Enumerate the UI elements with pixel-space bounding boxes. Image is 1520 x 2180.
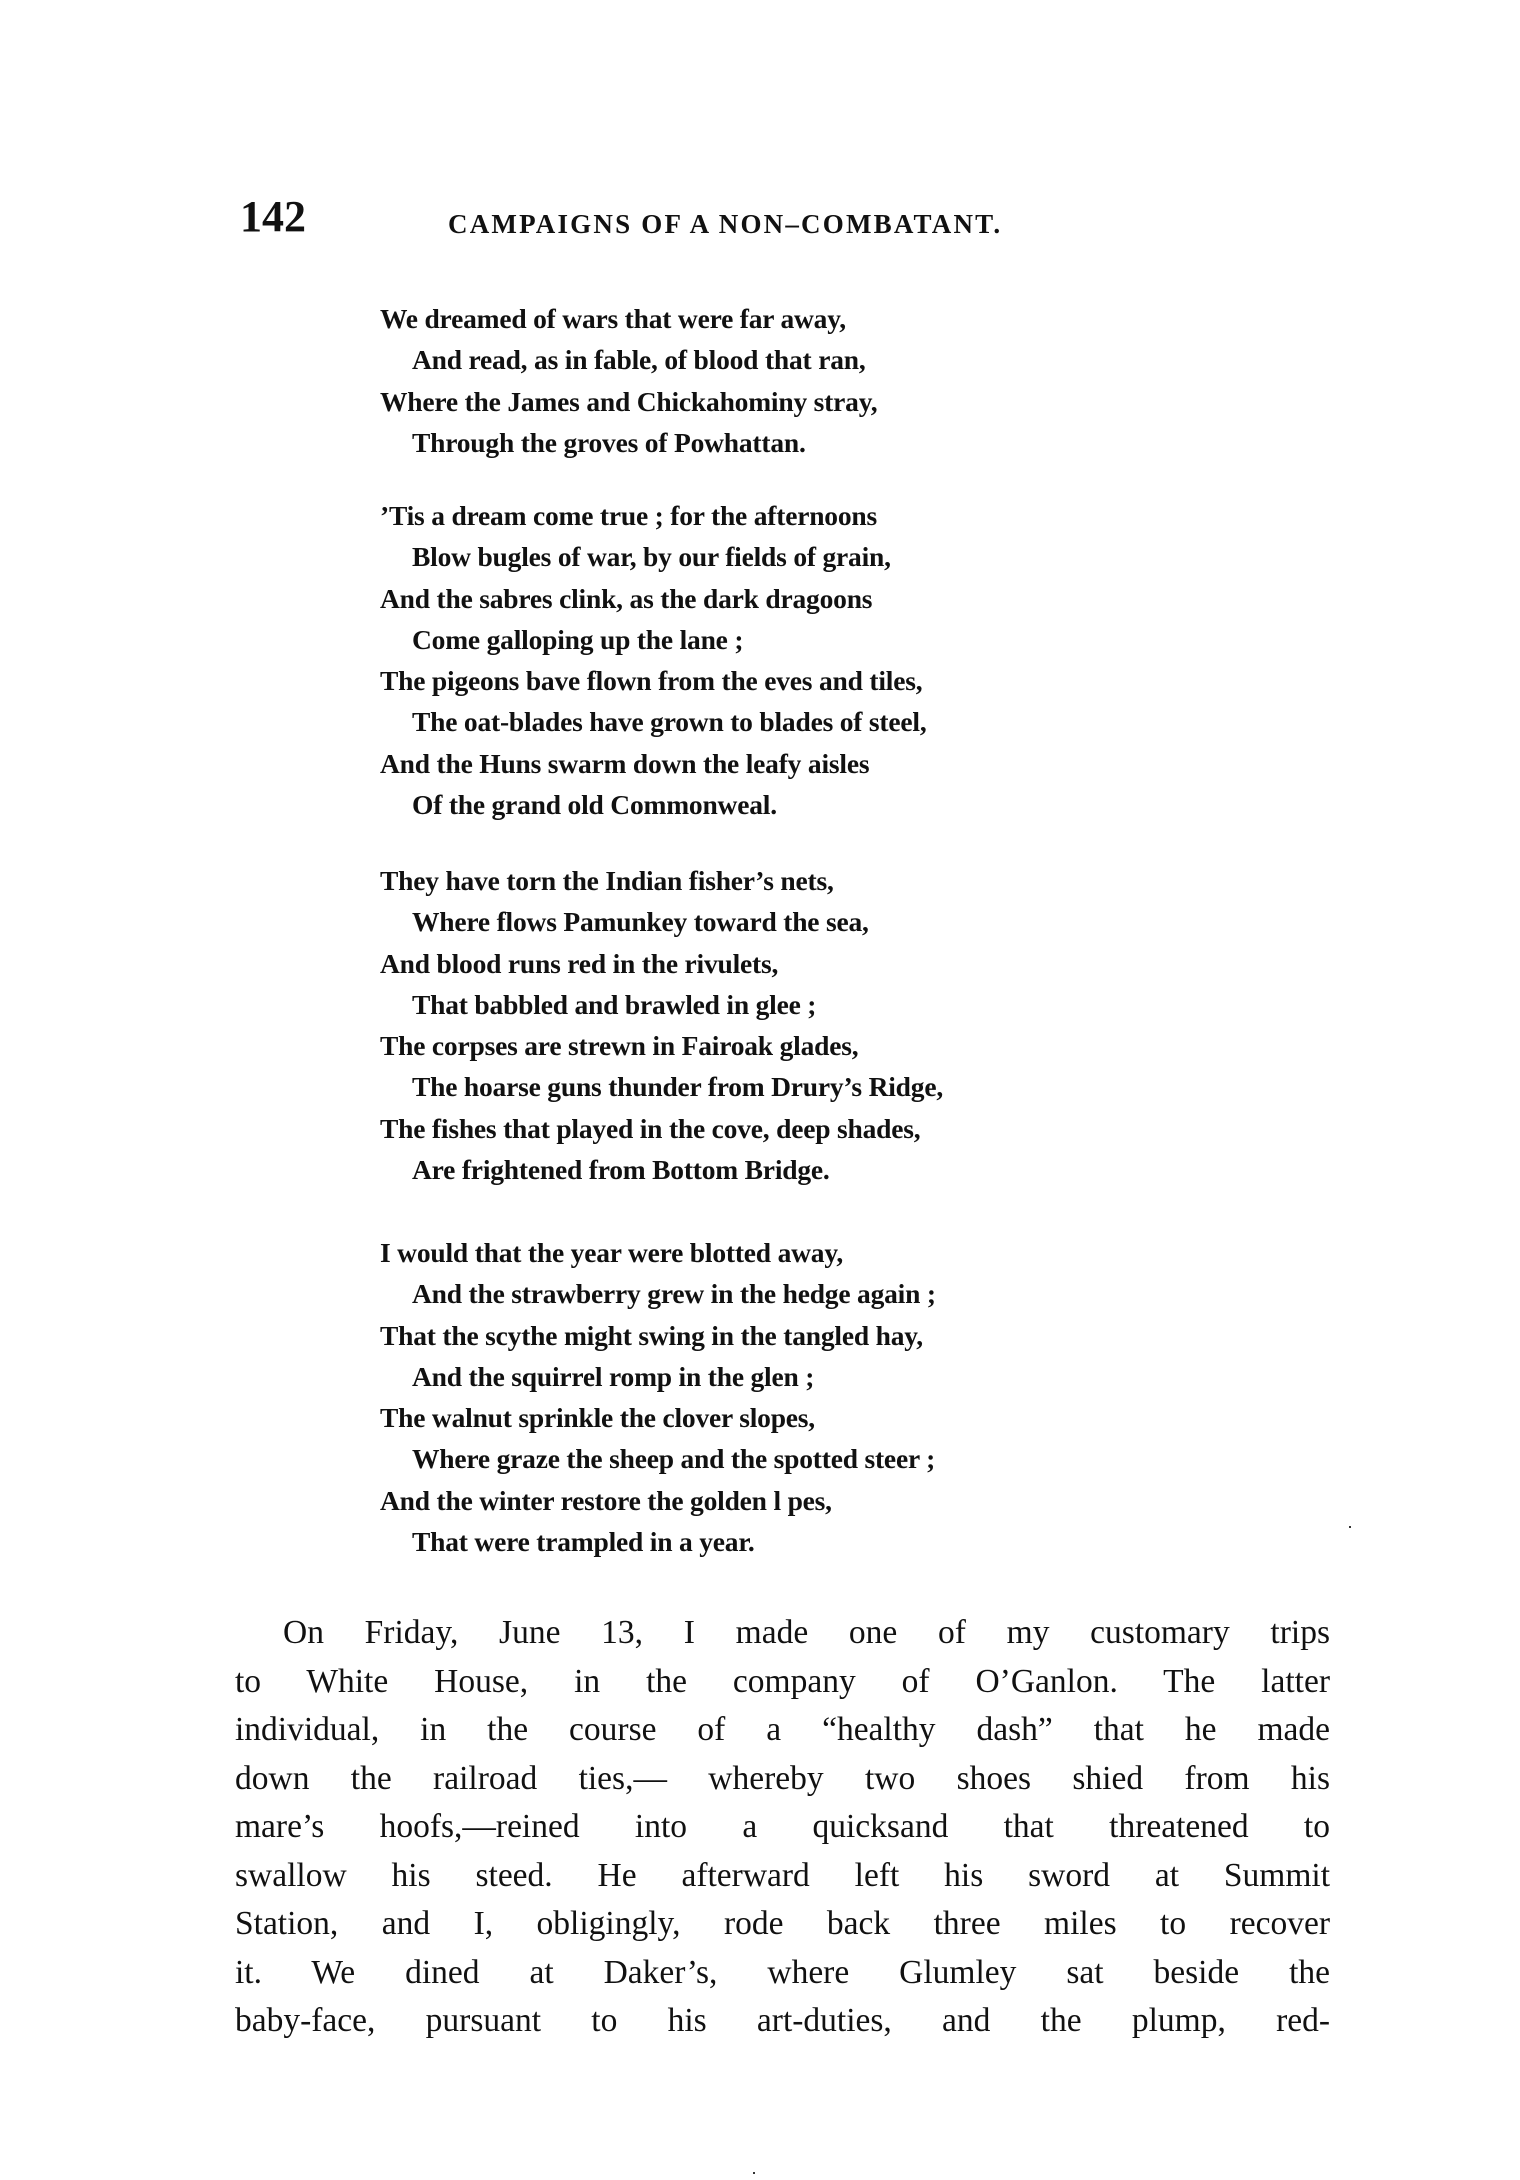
verse-line: Come galloping up the lane ; bbox=[380, 619, 1140, 660]
verse-line: And blood runs red in the rivulets, bbox=[380, 943, 1140, 984]
scan-speck bbox=[1349, 1526, 1351, 1528]
verse-line: The oat-blades have grown to blades of s… bbox=[380, 701, 1140, 742]
verse-line: That babbled and brawled in glee ; bbox=[380, 984, 1140, 1025]
prose-paragraph: On Friday, June 13, I made one of my cus… bbox=[235, 1609, 1330, 2046]
verse-line: Of the grand old Commonweal. bbox=[380, 784, 1140, 825]
stanza-1: We dreamed of wars that were far away, A… bbox=[380, 298, 1140, 463]
prose-line: Station, and I, obligingly, rode back th… bbox=[235, 1900, 1330, 1949]
prose-line: mare’s hoofs,—reined into a quicksand th… bbox=[235, 1803, 1330, 1852]
verse-line: That were trampled in a year. bbox=[380, 1521, 1140, 1562]
prose-line: it. We dined at Daker’s, where Glumley s… bbox=[235, 1949, 1330, 1998]
verse-line: Where the James and Chickahominy stray, bbox=[380, 381, 1140, 422]
prose-line: individual, in the course of a “healthy … bbox=[235, 1706, 1330, 1755]
verse-line: That the scythe might swing in the tangl… bbox=[380, 1315, 1140, 1356]
verse-line: And read, as in fable, of blood that ran… bbox=[380, 339, 1140, 380]
verse-line: And the sabres clink, as the dark dragoo… bbox=[380, 578, 1140, 619]
prose-line: baby-face, pursuant to his art-duties, a… bbox=[235, 1997, 1330, 2046]
verse-line: Blow bugles of war, by our fields of gra… bbox=[380, 536, 1140, 577]
page-number: 142 bbox=[240, 193, 306, 241]
verse-line: The hoarse guns thunder from Drury’s Rid… bbox=[380, 1066, 1140, 1107]
verse-line: Where graze the sheep and the spotted st… bbox=[380, 1438, 1140, 1479]
verse-line: And the winter restore the golden l pes, bbox=[380, 1480, 1140, 1521]
verse-line: The corpses are strewn in Fairoak glades… bbox=[380, 1025, 1140, 1066]
verse-line: The walnut sprinkle the clover slopes, bbox=[380, 1397, 1140, 1438]
verse-line: And the strawberry grew in the hedge aga… bbox=[380, 1273, 1140, 1314]
stanza-3: They have torn the Indian fisher’s nets,… bbox=[380, 860, 1140, 1190]
verse-line: The fishes that played in the cove, deep… bbox=[380, 1108, 1140, 1149]
stanza-4: I would that the year were blotted away,… bbox=[380, 1232, 1140, 1562]
stanza-2: ’Tis a dream come true ; for the afterno… bbox=[380, 495, 1140, 825]
running-title: CAMPAIGNS OF A NON–COMBATANT. bbox=[448, 206, 1114, 242]
verse-line: Are frightened from Bottom Bridge. bbox=[380, 1149, 1140, 1190]
verse-line: Through the groves of Powhattan. bbox=[380, 422, 1140, 463]
prose-line: down the railroad ties,— whereby two sho… bbox=[235, 1755, 1330, 1804]
prose-line: to White House, in the company of O’Ganl… bbox=[235, 1658, 1330, 1707]
verse-line: They have torn the Indian fisher’s nets, bbox=[380, 860, 1140, 901]
verse-line: I would that the year were blotted away, bbox=[380, 1232, 1140, 1273]
verse-line: And the squirrel romp in the glen ; bbox=[380, 1356, 1140, 1397]
scan-speck bbox=[753, 2172, 755, 2174]
prose-line: swallow his steed. He afterward left his… bbox=[235, 1852, 1330, 1901]
verse-line: ’Tis a dream come true ; for the afterno… bbox=[380, 495, 1140, 536]
prose-line: On Friday, June 13, I made one of my cus… bbox=[235, 1609, 1330, 1658]
verse-line: The pigeons bave flown from the eves and… bbox=[380, 660, 1140, 701]
running-head: 142 CAMPAIGNS OF A NON–COMBATANT. bbox=[0, 0, 1520, 260]
verse-line: Where flows Pamunkey toward the sea, bbox=[380, 901, 1140, 942]
book-page: 142 CAMPAIGNS OF A NON–COMBATANT. We dre… bbox=[0, 0, 1520, 2180]
verse-line: We dreamed of wars that were far away, bbox=[380, 298, 1140, 339]
verse-line: And the Huns swarm down the leafy aisles bbox=[380, 743, 1140, 784]
